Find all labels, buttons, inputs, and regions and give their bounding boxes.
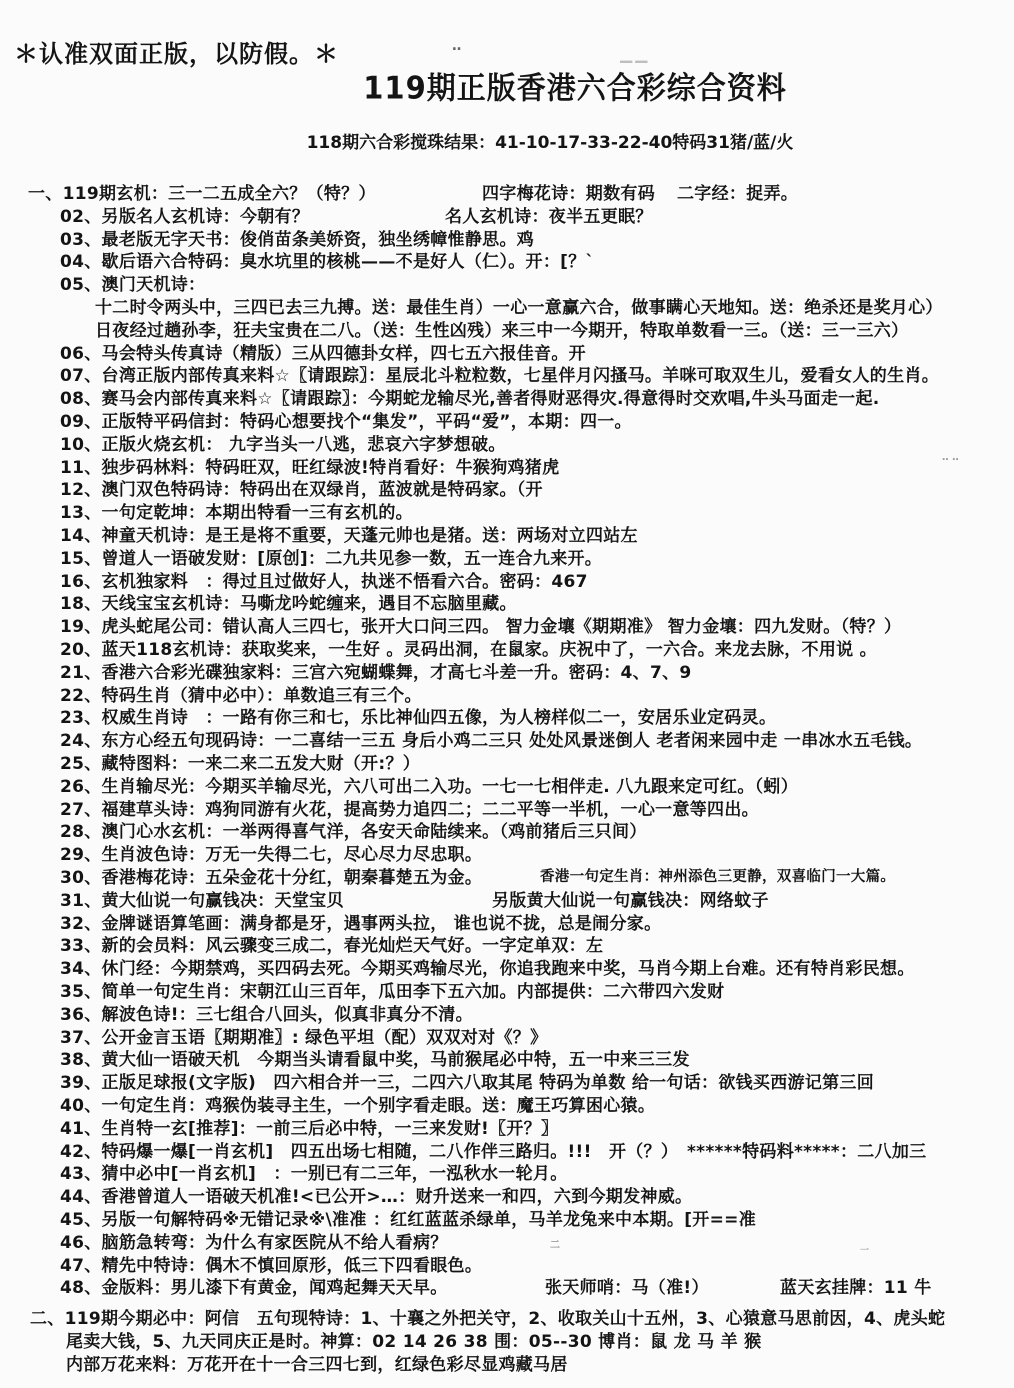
body-line: 31、黄大仙说一句赢钱决：天堂宝贝另版黄大仙说一句赢钱决：网络蚊子	[0, 886, 1014, 909]
body-line: 33、新的会员料：风云骤变三成二，春光灿烂天气好。一字定单双：左	[0, 931, 1014, 954]
line-32-text: 31、黄大仙说一句赢钱决：天堂宝贝	[60, 886, 344, 911]
line-20-text: 19、虎头蛇尾公司：错认高人三四七，张开大口问三四。 智力金壤《期期准》 智力金…	[60, 612, 901, 637]
body-line: 46、脑筋急转弯：为什么有家医院从不给人看病？	[0, 1228, 1014, 1251]
body-line: 一、119期玄机：三一二五成全六？（特？）四字梅花诗：期数有码二字经：捉弄。	[0, 179, 1014, 202]
body-line: 02、另版名人玄机诗：今朝有？名人玄机诗：夜半五更眠？	[0, 202, 1014, 225]
line-1-text: 四字梅花诗：期数有码	[482, 179, 655, 204]
line-7-text: 日夜经过趟孙李，狂夫宝贵在二八。（送：生性凶残）来三中一今期开，特取单数看一三。…	[95, 316, 908, 341]
body-line: 18、天线宝宝玄机诗：马嘶龙吟蛇缠来，遇目不忘脑里藏。	[0, 589, 1014, 612]
line-30-text: 29、生肖波色诗：万无一失得二七，尽心尽力尽忠职。	[60, 840, 482, 865]
line-42-text: 41、生肖特一玄[推荐]：一前三后必中特，一三来发财!〖开？〗	[60, 1114, 558, 1139]
line-26-text: 25、藏特图料：一来二来二五发大财（开:？）	[60, 749, 420, 774]
body-line: 04、歇后语六合特码：臭水坑里的核桃——不是好人（仁）。开：[？ˋ	[0, 247, 1014, 270]
line-29-text: 28、澳门心水玄机：一举两得喜气洋，各安天命陆续来。（鸡前猪后三只间）	[60, 817, 647, 842]
line-45-text: 44、香港曾道人一语破天机准!<已公开>…：财升送来一和四，六到今期发神威。	[60, 1182, 692, 1207]
line-2-text: 02、另版名人玄机诗：今朝有？	[60, 202, 309, 227]
body-line: 07、台湾正版内部传真来料☆〖请跟踪〗：星辰北斗粒粒数，七星伴月闪搔马。羊咪可取…	[0, 361, 1014, 384]
body-line: 14、神童天机诗：是王是将不重要，天蓬元帅也是猪。送：两场对立四站左	[0, 521, 1014, 544]
body-line: 11、独步码林料：特码旺双，旺红绿波!特肖看好：牛猴狗鸡猪虎	[0, 453, 1014, 476]
line-2-text: 名人玄机诗：夜半五更眠？	[445, 202, 653, 227]
line-47-text: 46、脑筋急转弯：为什么有家医院从不给人看病？	[60, 1228, 448, 1253]
body-line: 38、黄大仙一语破天机 今期当头请看鼠中奖，马前猴尾必中特，五一中来三三发	[0, 1045, 1014, 1068]
body-line: 29、生肖波色诗：万无一失得二七，尽心尽力尽忠职。	[0, 840, 1014, 863]
line-3-text: 03、最老版无字天书：俊俏苗条美娇资，独坐绣幛惟静思。鸡	[60, 225, 534, 250]
body-line: 08、赛马会内部传真来料☆〖请跟踪〗：今期蛇龙输尽光,善者得财恶得灾.得意得时交…	[0, 384, 1014, 407]
line-22-text: 21、香港六合彩光碟独家料：三宫六宛蝴蝶舞，才高七斗差一升。密码：4、7、9	[60, 658, 692, 683]
body-line: 19、虎头蛇尾公司：错认高人三四七，张开大口问三四。 智力金壤《期期准》 智力金…	[0, 612, 1014, 635]
line-36-text: 35、简单一句定生肖：宋朝江山三百年，瓜田李下五六加。内部提供：二六带四六发财	[60, 977, 724, 1002]
body-line: 05、澳门天机诗：	[0, 270, 1014, 293]
line-4-text: 04、歇后语六合特码：臭水坑里的核桃——不是好人（仁）。开：[？ˋ	[60, 247, 594, 272]
line-24-text: 23、权威生肖诗 ：一路有你三和七，乐比神仙四五像，为人榜样似二一，安居乐业定码…	[60, 703, 776, 728]
body-line: 10、正版火烧玄机： 九字当头一八逃，悲哀六字梦想破。	[0, 430, 1014, 453]
body-line: 09、正版特平码信封：特码心想要找个“集发”，平码“爱”，本期：四一。	[0, 407, 1014, 430]
body-line: 45、另版一句解特码※无错记录※\准准 ：红红蓝蓝杀绿单，马羊龙兔来中本期。[开…	[0, 1205, 1014, 1228]
line-6-text: 十二时令两头中，三四已去三九搏。送：最佳生肖）一心一意赢六合，做事瞒心天地知。送…	[95, 293, 943, 318]
line-44-text: 43、猜中必中[一肖玄机] ：一别已有二三年，一泓秋水一轮月。	[60, 1159, 568, 1184]
line-1-text: 二字经：捉弄。	[677, 179, 798, 204]
line-14-text: 12、澳门双色特码诗：特码出在双绿肖，蓝波就是特码家。（开	[60, 475, 543, 500]
body-line: 十二时令两头中，三四已去三九搏。送：最佳生肖）一心一意赢六合，做事瞒心天地知。送…	[0, 293, 1014, 316]
line-11-text: 09、正版特平码信封：特码心想要找个“集发”，平码“爱”，本期：四一。	[60, 407, 632, 432]
line-15-text: 13、一句定乾坤：本期出特看一三有玄机的。	[60, 498, 413, 523]
body-line: 34、休门经：今期禁鸡，买四码去死。今期买鸡输尽光，你追我跑来中奖，马肖今期上台…	[0, 954, 1014, 977]
body-line: 28、澳门心水玄机：一举两得喜气洋，各安天命陆续来。（鸡前猪后三只间）	[0, 817, 1014, 840]
line-25-text: 24、东方心经五句现码诗：一二喜结一三五 身后小鸡二三只 处处风景迷倒人 老者闲…	[60, 726, 922, 751]
body-line: 24、东方心经五句现码诗：一二喜结一三五 身后小鸡二三只 处处风景迷倒人 老者闲…	[0, 726, 1014, 749]
body-line: 13、一句定乾坤：本期出特看一三有玄机的。	[0, 498, 1014, 521]
body-line: 30、香港梅花诗：五朵金花十分红，朝秦暮楚五为金。香港一句定生肖：神州添色三更静…	[0, 863, 1014, 886]
line-19-text: 18、天线宝宝玄机诗：马嘶龙吟蛇缠来，遇目不忘脑里藏。	[60, 589, 517, 614]
line-16-text: 14、神童天机诗：是王是将不重要，天蓬元帅也是猪。送：两场对立四站左	[60, 521, 638, 546]
body-line: 41、生肖特一玄[推荐]：一前三后必中特，一三来发财!〖开？〗	[0, 1114, 1014, 1137]
body-line: 42、特码爆一爆[一肖玄机] 四五出场七相随，二八作伴三路归。!!! 开（？） …	[0, 1137, 1014, 1160]
line-46-text: 45、另版一句解特码※无错记录※\准准 ：红红蓝蓝杀绿单，马羊龙兔来中本期。[开…	[60, 1205, 756, 1230]
line-50-text: 二、119期今期必中：阿信 五句现特诗：1、十襄之外把关守，2、收取关山十五州，…	[30, 1304, 945, 1329]
line-31-text: 30、香港梅花诗：五朵金花十分红，朝秦暮楚五为金。	[60, 863, 482, 888]
body-line: 二、119期今期必中：阿信 五句现特诗：1、十襄之外把关守，2、收取关山十五州，…	[0, 1304, 1014, 1327]
body-line: 37、公开金言玉语〖期期准〗: 绿色平坦（配）双双对对《？》	[0, 1023, 1014, 1046]
line-49-text: 蓝天玄挂牌：11 牛	[780, 1273, 932, 1298]
line-9-text: 07、台湾正版内部传真来料☆〖请跟踪〗：星辰北斗粒粒数，七星伴月闪搔马。羊咪可取…	[60, 361, 939, 386]
body-line: 47、精先中特诗：偶木不慎回原形，低三下四看眼色。	[0, 1251, 1014, 1274]
line-37-text: 36、解波色诗!：三七组合八回头，似真非真分不清。	[60, 1000, 473, 1025]
body-line: 43、猜中必中[一肖玄机] ：一别已有二三年，一泓秋水一轮月。	[0, 1159, 1014, 1182]
line-40-text: 39、正版足球报(文字版) 四六相合并一三，二四六八取其尾 特码为单数 给一句话…	[60, 1068, 874, 1093]
body-line: 23、权威生肖诗 ：一路有你三和七，乐比神仙四五像，为人榜样似二一，安居乐业定码…	[0, 703, 1014, 726]
line-13-text: 11、独步码林料：特码旺双，旺红绿波!特肖看好：牛猴狗鸡猪虎	[60, 453, 559, 478]
line-18-text: 16、玄机独家料 ：得过且过做好人，执迷不悟看六合。密码：467	[60, 567, 588, 592]
line-38-text: 37、公开金言玉语〖期期准〗: 绿色平坦（配）双双对对《？》	[60, 1023, 547, 1048]
line-49-text: 48、金版料：男儿漆下有黄金，闻鸡起舞天天早。	[60, 1273, 448, 1298]
line-33-text: 32、金牌谜语算笔画：满身都是牙，遇事两头拉， 谁也说不拢，总是闹分家。	[60, 909, 661, 934]
body-line: 26、生肖输尽光：今期买羊输尽光，六八可出二入功。一七一七相伴走. 八九跟来定可…	[0, 772, 1014, 795]
line-1-text: 一、119期玄机：三一二五成全六？（特？）	[28, 179, 376, 204]
body-line: 12、澳门双色特码诗：特码出在双绿肖，蓝波就是特码家。（开	[0, 475, 1014, 498]
scanned-page: ＊认准双面正版，以防假。＊ 119期正版香港六合彩综合资料 118期六合彩搅珠结…	[0, 0, 1014, 1388]
line-27-text: 26、生肖输尽光：今期买羊输尽光，六八可出二入功。一七一七相伴走. 八九跟来定可…	[60, 772, 798, 797]
body-line: 39、正版足球报(文字版) 四六相合并一三，二四六八取其尾 特码为单数 给一句话…	[0, 1068, 1014, 1091]
line-48-text: 47、精先中特诗：偶木不慎回原形，低三下四看眼色。	[60, 1251, 482, 1276]
body-line: 日夜经过趟孙李，狂夫宝贵在二八。（送：生性凶残）来三中一今期开，特取单数看一三。…	[0, 316, 1014, 339]
line-31-text: 香港一句定生肖：神州添色三更静，双喜临门一大篇。	[540, 865, 895, 886]
line-23-text: 22、特码生肖（猜中必中）：单数追三有三个。	[60, 681, 422, 706]
line-5-text: 05、澳门天机诗：	[60, 270, 205, 295]
body-line: 21、香港六合彩光碟独家料：三宫六宛蝴蝶舞，才高七斗差一升。密码：4、7、9	[0, 658, 1014, 681]
line-28-text: 27、福建草头诗：鸡狗同游有火花，提高势力追四二；二二平等一半机，一心一意等四出…	[60, 795, 759, 820]
body-line: 32、金牌谜语算笔画：满身都是牙，遇事两头拉， 谁也说不拢，总是闹分家。	[0, 909, 1014, 932]
body-line: 内部万花来料：万花开在十一合三四七到，红绿色彩尽显鸡藏马居	[0, 1350, 1014, 1373]
body-lines: 一、119期玄机：三一二五成全六？（特？）四字梅花诗：期数有码二字经：捉弄。02…	[0, 0, 1014, 1388]
line-41-text: 40、一句定生肖：鸡猴伪装寻主生，一个别字看走眼。送：魔王巧算困心猿。	[60, 1091, 655, 1116]
body-line: 20、蓝天118玄机诗：获取奖来，一生好 。灵码出洞，在鼠家。庆祝中了，一六合。…	[0, 635, 1014, 658]
line-34-text: 33、新的会员料：风云骤变三成二，春光灿烂天气好。一字定单双：左	[60, 931, 603, 956]
line-43-text: 42、特码爆一爆[一肖玄机] 四五出场七相随，二八作伴三路归。!!! 开（？） …	[60, 1137, 926, 1162]
body-line: 48、金版料：男儿漆下有黄金，闻鸡起舞天天早。张天师哨：马（准!）蓝天玄挂牌：1…	[0, 1273, 1014, 1296]
body-line: 15、曾道人一语破发财：[原创]：二九共见参一数，五一连合九来开。	[0, 544, 1014, 567]
body-line: 06、马会特头传真诗（精版）三从四德卦女样，四七五六报佳音。开	[0, 339, 1014, 362]
body-line: 尾卖大钱，5、九天同庆正是时。神算：02 14 26 38 围：05--30 博…	[0, 1327, 1014, 1350]
line-51-text: 尾卖大钱，5、九天同庆正是时。神算：02 14 26 38 围：05--30 博…	[66, 1327, 761, 1352]
line-21-text: 20、蓝天118玄机诗：获取奖来，一生好 。灵码出洞，在鼠家。庆祝中了，一六合。…	[60, 635, 877, 660]
body-line: 25、藏特图料：一来二来二五发大财（开:？）	[0, 749, 1014, 772]
line-17-text: 15、曾道人一语破发财：[原创]：二九共见参一数，五一连合九来开。	[60, 544, 602, 569]
line-35-text: 34、休门经：今期禁鸡，买四码去死。今期买鸡输尽光，你追我跑来中奖，马肖今期上台…	[60, 954, 915, 979]
line-49-text: 张天师哨：马（准!）	[545, 1273, 709, 1298]
line-8-text: 06、马会特头传真诗（精版）三从四德卦女样，四七五六报佳音。开	[60, 339, 586, 364]
body-line: 03、最老版无字天书：俊俏苗条美娇资，独坐绣幛惟静思。鸡	[0, 225, 1014, 248]
body-line: 16、玄机独家料 ：得过且过做好人，执迷不悟看六合。密码：467	[0, 567, 1014, 590]
body-line: 40、一句定生肖：鸡猴伪装寻主生，一个别字看走眼。送：魔王巧算困心猿。	[0, 1091, 1014, 1114]
body-line: 44、香港曾道人一语破天机准!<已公开>…：财升送来一和四，六到今期发神威。	[0, 1182, 1014, 1205]
body-line: 35、简单一句定生肖：宋朝江山三百年，瓜田李下五六加。内部提供：二六带四六发财	[0, 977, 1014, 1000]
line-32-text: 另版黄大仙说一句赢钱决：网络蚊子	[492, 886, 769, 911]
line-39-text: 38、黄大仙一语破天机 今期当头请看鼠中奖，马前猴尾必中特，五一中来三三发	[60, 1045, 690, 1070]
line-10-text: 08、赛马会内部传真来料☆〖请跟踪〗：今期蛇龙输尽光,善者得财恶得灾.得意得时交…	[60, 384, 880, 409]
body-line: 36、解波色诗!：三七组合八回头，似真非真分不清。	[0, 1000, 1014, 1023]
body-line: 27、福建草头诗：鸡狗同游有火花，提高势力追四二；二二平等一半机，一心一意等四出…	[0, 795, 1014, 818]
body-line: 22、特码生肖（猜中必中）：单数追三有三个。	[0, 681, 1014, 704]
line-12-text: 10、正版火烧玄机： 九字当头一八逃，悲哀六字梦想破。	[60, 430, 506, 455]
line-52-text: 内部万花来料：万花开在十一合三四七到，红绿色彩尽显鸡藏马居	[66, 1350, 568, 1375]
